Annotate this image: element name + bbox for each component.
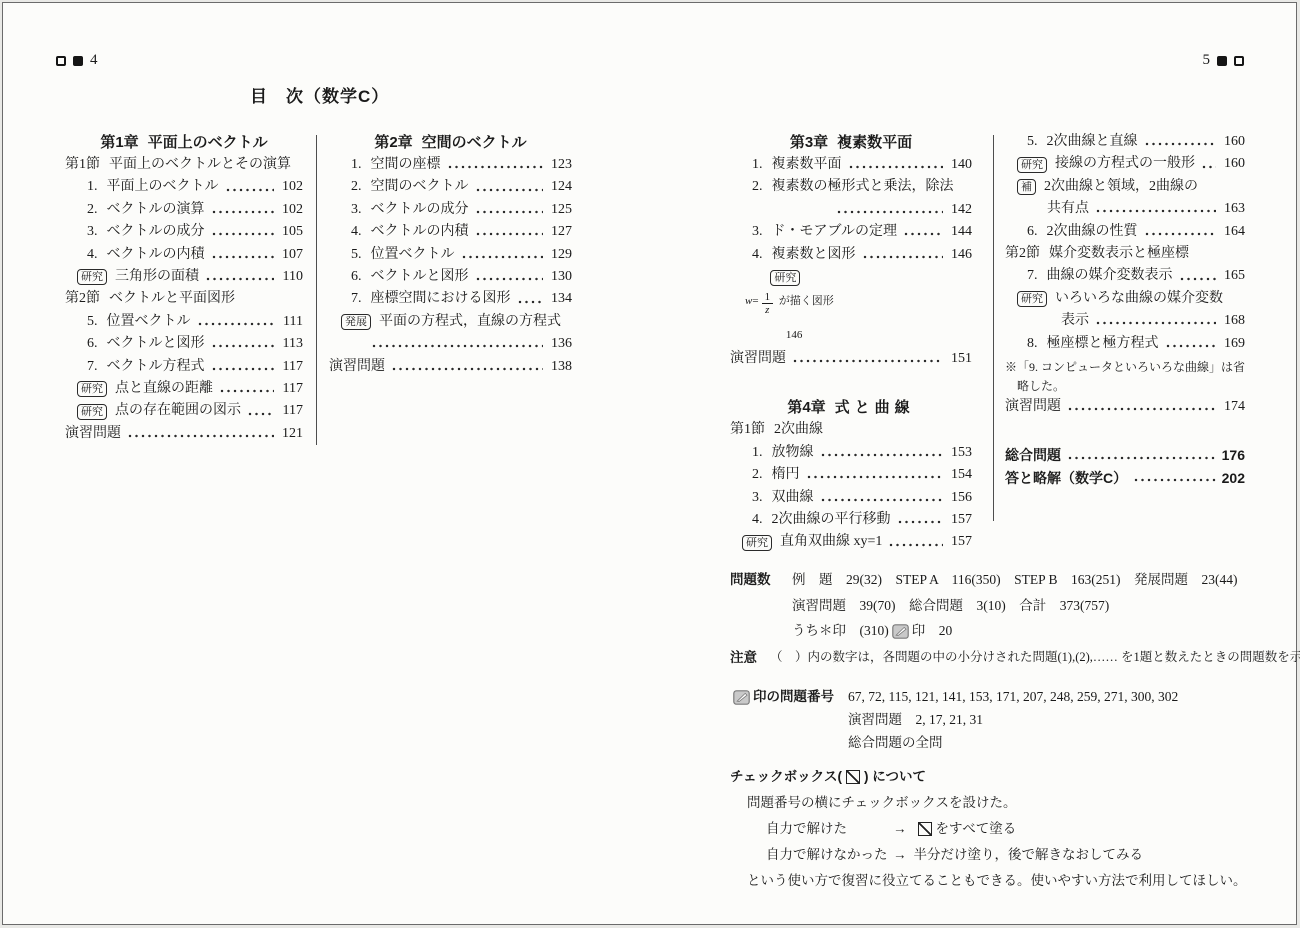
dot-leader bbox=[372, 343, 543, 349]
page-number: 154 bbox=[946, 464, 972, 486]
item-number: 7. bbox=[1027, 265, 1038, 287]
marked-label-text: 印の問題番号 bbox=[753, 685, 834, 708]
item-title: 空間の座標 bbox=[371, 154, 441, 176]
item-title: 点と直線の距離 bbox=[115, 378, 213, 400]
page-number: 129 bbox=[546, 244, 572, 266]
dot-leader bbox=[212, 343, 275, 349]
equals-sign: = bbox=[752, 295, 758, 307]
item-number: 7. bbox=[87, 356, 98, 378]
item-title: 三角形の面積 bbox=[115, 266, 199, 288]
chapter-number: 第1章 bbox=[100, 131, 138, 154]
toc-row: 表示168 bbox=[1005, 310, 1245, 332]
item-title: ベクトル方程式 bbox=[107, 356, 205, 378]
toc-row: 発展平面の方程式，直線の方程式 bbox=[329, 311, 572, 333]
page-number: 102 bbox=[277, 199, 303, 221]
footer-info: 問題数 例 題 29(32) STEP A 116(350) STEP B 16… bbox=[730, 567, 1273, 894]
page-number: 124 bbox=[546, 176, 572, 198]
page-number: 144 bbox=[946, 221, 972, 243]
toc-row: 3.双曲線156 bbox=[730, 487, 972, 509]
item-title: 双曲線 bbox=[772, 487, 814, 509]
tag-badge: 発展 bbox=[341, 314, 371, 330]
item-title: ド・モアブルの定理 bbox=[772, 221, 897, 243]
item-title: ベクトルの内積 bbox=[371, 221, 469, 243]
toc-row: 4.2次曲線の平行移動157 bbox=[730, 509, 972, 531]
dot-leader bbox=[1145, 141, 1217, 147]
page-number: 121 bbox=[277, 423, 303, 445]
item-title: 演習問題 bbox=[1005, 396, 1061, 418]
column-divider bbox=[316, 135, 317, 445]
toc-row: 136 bbox=[329, 333, 572, 355]
computer-icon bbox=[733, 690, 750, 705]
toc-row: 演習問題138 bbox=[329, 356, 572, 378]
stats-line: 演習問題 39(70) 総合問題 3(10) 合計 373(757) bbox=[792, 593, 1273, 619]
toc-row: 3.ベクトルの成分105 bbox=[65, 221, 303, 243]
tag-badge: 研究 bbox=[1017, 157, 1047, 173]
dot-leader bbox=[807, 474, 944, 480]
tag-badge: 研究 bbox=[77, 269, 107, 285]
page-number: 168 bbox=[1219, 310, 1245, 332]
spacer bbox=[730, 370, 972, 396]
item-title: 極座標と極方程式 bbox=[1047, 333, 1159, 355]
item-number: 4. bbox=[752, 509, 763, 531]
item-title: 接線の方程式の一般形 bbox=[1055, 153, 1195, 175]
item-number: 3. bbox=[87, 221, 98, 243]
right-page-marker: 5 bbox=[1203, 52, 1245, 69]
page-number: 107 bbox=[277, 244, 303, 266]
arrow-icon: → bbox=[893, 842, 907, 868]
tag-badge: 研究 bbox=[77, 381, 107, 397]
item-title: ベクトルの内積 bbox=[107, 244, 205, 266]
item-title-suffix: が描く図形 bbox=[776, 295, 834, 307]
item-number: 4. bbox=[752, 244, 763, 266]
item-number: 6. bbox=[351, 266, 362, 288]
item-title: ベクトルと図形 bbox=[107, 333, 205, 355]
dot-leader bbox=[898, 519, 944, 525]
toc-column-2: 第2章空間のベクトル1.空間の座標1232.空間のベクトル1243.ベクトルの成… bbox=[329, 131, 572, 378]
page-number: 102 bbox=[277, 176, 303, 198]
item-title: 2次曲線と領域，2曲線の bbox=[1044, 176, 1198, 198]
dot-leader bbox=[212, 209, 275, 215]
toc-column-1: 第1章平面上のベクトル第1節平面上のベクトルとその演算1.平面上のベクトル102… bbox=[65, 131, 303, 445]
book-spread: 4 5 目 次（数学C） 第1章平面上のベクトル第1節平面上のベクトルとその演算… bbox=[2, 2, 1297, 925]
item-number: 4. bbox=[351, 221, 362, 243]
page-number: 151 bbox=[946, 348, 972, 370]
item-title: 点の存在範囲の図示 bbox=[115, 400, 241, 422]
item-title: 演習問題 bbox=[65, 423, 121, 445]
page-number: 138 bbox=[546, 356, 572, 378]
item-number: 1. bbox=[752, 442, 763, 464]
section-title: 平面上のベクトルとその演算 bbox=[109, 154, 291, 176]
item-title: いろいろな曲線の媒介変数 bbox=[1055, 288, 1223, 310]
toc-row: 6.2次曲線の性質164 bbox=[1005, 221, 1245, 243]
chapter-number: 第3章 bbox=[790, 131, 828, 154]
item-title: 複素数の極形式と乗法，除法 bbox=[772, 176, 954, 198]
checkbox-icon bbox=[846, 770, 860, 784]
computer-icon bbox=[892, 624, 909, 639]
toc-row: 5.位置ベクトル111 bbox=[65, 311, 303, 333]
page-number: 165 bbox=[1219, 265, 1245, 287]
toc-row: 研究点の存在範囲の図示117 bbox=[65, 400, 303, 422]
toc-row: 2.楕円154 bbox=[730, 464, 972, 486]
omission-note: ※「9. コンピュータといろいろな曲線」は省略した。 bbox=[1005, 358, 1245, 396]
checkbox-title-pre: チェックボックス( bbox=[730, 764, 842, 790]
left-page-number: 4 bbox=[90, 52, 98, 69]
chapter-number: 第2章 bbox=[374, 131, 412, 154]
toc-row: 1.平面上のベクトル102 bbox=[65, 176, 303, 198]
item-title: 複素数と図形 bbox=[772, 244, 856, 266]
dot-leader bbox=[476, 231, 544, 237]
tag-badge: 研究 bbox=[742, 535, 772, 551]
dot-leader bbox=[476, 209, 544, 215]
page-number: 146 bbox=[776, 320, 802, 350]
toc-row: 142 bbox=[730, 199, 972, 221]
dot-leader bbox=[1202, 164, 1216, 170]
tag-badge: 研究 bbox=[1017, 291, 1047, 307]
toc-row: 研究いろいろな曲線の媒介変数 bbox=[1005, 288, 1245, 310]
page-number: 113 bbox=[277, 333, 303, 355]
section-title: ベクトルと平面図形 bbox=[109, 288, 235, 310]
toc-row: 7.座標空間における図形134 bbox=[329, 288, 572, 310]
checkbox-line: 自力で解けた → をすべて塗る bbox=[730, 816, 1273, 842]
toc-row: 1.空間の座標123 bbox=[329, 154, 572, 176]
marked-problems-block: 印の問題番号 67, 72, 115, 121, 141, 153, 171, … bbox=[730, 685, 1273, 754]
page-number: 157 bbox=[946, 531, 972, 553]
item-number: 4. bbox=[87, 244, 98, 266]
dot-leader bbox=[1134, 477, 1216, 483]
toc-row: 1.複素数平面140 bbox=[730, 154, 972, 176]
item-title: 2次曲線と直線 bbox=[1047, 131, 1138, 153]
toc-row: 4.ベクトルの内積107 bbox=[65, 244, 303, 266]
toc-row: 2.複素数の極形式と乗法，除法 bbox=[730, 176, 972, 198]
section-number: 第1節 bbox=[65, 154, 100, 176]
toc-row: 研究w=1z が描く図形146 bbox=[733, 270, 834, 350]
dot-leader bbox=[212, 366, 275, 372]
item-title: ベクトルと図形 bbox=[371, 266, 469, 288]
toc-column-3: 第3章複素数平面1.複素数平面1402.複素数の極形式と乗法，除法1423.ド・… bbox=[730, 131, 972, 554]
outline-square-icon bbox=[56, 56, 66, 66]
toc-row: 共有点163 bbox=[1005, 198, 1245, 220]
toc-row: 研究三角形の面積110 bbox=[65, 266, 303, 288]
checkbox-case: 自力で解けなかった bbox=[766, 842, 893, 868]
dot-leader bbox=[392, 366, 543, 372]
marked-line: 演習問題 2, 17, 21, 31 bbox=[848, 708, 1273, 731]
item-number: 3. bbox=[752, 221, 763, 243]
dot-leader bbox=[462, 254, 544, 260]
page-number: 142 bbox=[946, 199, 972, 221]
problem-count-lines: 例 題 29(32) STEP A 116(350) STEP B 163(25… bbox=[792, 567, 1273, 644]
checkbox-title-post: ) について bbox=[864, 764, 926, 790]
page-title: 目 次（数学C） bbox=[250, 82, 389, 107]
dot-leader bbox=[1180, 276, 1217, 282]
section-heading: 第2節ベクトルと平面図形 bbox=[65, 288, 303, 310]
tag-badge: 研究 bbox=[77, 404, 107, 420]
page-number: 110 bbox=[277, 266, 303, 288]
section-title: 2次曲線 bbox=[774, 419, 823, 441]
checkbox-result: 半分だけ塗り，後で解きなおしてみる bbox=[914, 842, 1144, 868]
item-number: 2. bbox=[351, 176, 362, 198]
page-number: 164 bbox=[1219, 221, 1245, 243]
item-title: 演習問題 bbox=[329, 356, 385, 378]
dot-leader bbox=[518, 299, 544, 305]
stats-text: うち＊印 (310) bbox=[792, 618, 889, 644]
page-number: 160 bbox=[1219, 131, 1245, 153]
toc-row: 4.ベクトルの内積127 bbox=[329, 221, 572, 243]
toc-row: 答と略解（数学C）202 bbox=[1005, 467, 1245, 489]
item-title: 答と略解（数学C） bbox=[1005, 467, 1127, 489]
caution-block: 注意 （ ）内の数字は，各問題の中の小分けされた問題(1),(2),…… を1題… bbox=[730, 645, 1273, 671]
dot-leader bbox=[1096, 208, 1216, 214]
item-title: 複素数平面 bbox=[772, 154, 842, 176]
chapter-title: 複素数平面 bbox=[837, 131, 912, 154]
filled-square-icon bbox=[73, 56, 83, 66]
item-title: 座標空間における図形 bbox=[371, 288, 511, 310]
chapter-number: 第4章 bbox=[787, 396, 825, 419]
fraction-denominator: z bbox=[762, 304, 772, 316]
section-number: 第2節 bbox=[65, 288, 100, 310]
page-number: 146 bbox=[946, 244, 972, 266]
right-page-number: 5 bbox=[1203, 52, 1211, 69]
chapter-heading: 第1章平面上のベクトル bbox=[65, 131, 303, 154]
toc-row: 6.ベクトルと図形130 bbox=[329, 266, 572, 288]
page-number: 176 bbox=[1219, 444, 1245, 466]
dot-leader bbox=[1145, 231, 1217, 237]
item-title: 2次曲線の性質 bbox=[1047, 221, 1138, 243]
column-divider bbox=[993, 135, 994, 521]
dot-leader bbox=[198, 321, 275, 327]
toc-row: 研究点と直線の距離117 bbox=[65, 378, 303, 400]
section-heading: 第1節2次曲線 bbox=[730, 419, 972, 441]
item-number: 2. bbox=[752, 176, 763, 198]
toc-row: 総合問題176 bbox=[1005, 444, 1245, 466]
toc-row: 7.曲線の媒介変数表示165 bbox=[1005, 265, 1245, 287]
toc-column-4: 5.2次曲線と直線160研究接線の方程式の一般形160補2次曲線と領域，2曲線の… bbox=[1005, 131, 1245, 489]
page-number: 111 bbox=[277, 311, 303, 333]
left-page-marker: 4 bbox=[56, 52, 98, 69]
stats-text: 印 20 bbox=[912, 618, 953, 644]
dot-leader bbox=[448, 164, 544, 170]
tag-badge: 補 bbox=[1017, 179, 1036, 195]
dot-leader bbox=[889, 542, 943, 548]
dot-leader bbox=[1166, 343, 1217, 349]
page-number: 202 bbox=[1219, 467, 1245, 489]
checkbox-icon bbox=[918, 822, 932, 836]
page-number: 157 bbox=[946, 509, 972, 531]
toc-row: 8.極座標と極方程式169 bbox=[1005, 333, 1245, 355]
checkbox-result: をすべて塗る bbox=[936, 816, 1017, 842]
checkbox-line: という使い方で復習に役立てることもできる。使いやすい方法で利用してほしい。 bbox=[730, 868, 1273, 894]
toc-row: 演習問題151 bbox=[730, 348, 972, 370]
tag-badge: 研究 bbox=[770, 270, 800, 286]
item-number: 1. bbox=[752, 154, 763, 176]
toc-row: 研究接線の方程式の一般形160 bbox=[1005, 153, 1245, 175]
checkbox-line: 自力で解けなかった → 半分だけ塗り，後で解きなおしてみる bbox=[730, 842, 1273, 868]
toc-row: 3.ド・モアブルの定理144 bbox=[730, 221, 972, 243]
toc-row: 7.ベクトル方程式117 bbox=[65, 356, 303, 378]
item-number: 5. bbox=[1027, 131, 1038, 153]
section-number: 第1節 bbox=[730, 419, 765, 441]
marked-line: 67, 72, 115, 121, 141, 153, 171, 207, 24… bbox=[848, 685, 1273, 708]
checkbox-title: チェックボックス( ) について bbox=[730, 764, 926, 790]
dot-leader bbox=[849, 164, 944, 170]
page-number: 125 bbox=[546, 199, 572, 221]
section-title: 媒介変数表示と極座標 bbox=[1049, 243, 1189, 265]
toc-row: 5.2次曲線と直線160 bbox=[1005, 131, 1245, 153]
item-title: w=1z が描く図形 bbox=[745, 286, 834, 316]
outline-square-icon bbox=[1234, 56, 1244, 66]
item-title: 平面の方程式，直線の方程式 bbox=[379, 311, 561, 333]
chapter-title: 平面上のベクトル bbox=[148, 131, 268, 154]
dot-leader bbox=[220, 388, 274, 394]
section-heading: 第1節平面上のベクトルとその演算 bbox=[65, 154, 303, 176]
problem-count-label: 問題数 bbox=[730, 567, 792, 593]
page-number: 163 bbox=[1219, 198, 1245, 220]
dot-leader bbox=[1096, 320, 1216, 326]
dot-leader bbox=[821, 497, 944, 503]
checkbox-case: 自力で解けた bbox=[766, 816, 893, 842]
chapter-heading: 第3章複素数平面 bbox=[730, 131, 972, 154]
item-number: 8. bbox=[1027, 333, 1038, 355]
page-number: 117 bbox=[277, 400, 303, 422]
dot-leader bbox=[226, 187, 275, 193]
toc-row: 5.位置ベクトル129 bbox=[329, 244, 572, 266]
page-number: 174 bbox=[1219, 396, 1245, 418]
page-number: 136 bbox=[546, 333, 572, 355]
item-number: 1. bbox=[351, 154, 362, 176]
page-number: 117 bbox=[277, 356, 303, 378]
item-number: 7. bbox=[351, 288, 362, 310]
toc-row: 2.ベクトルの演算102 bbox=[65, 199, 303, 221]
page-number: 160 bbox=[1219, 153, 1245, 175]
item-number: 5. bbox=[351, 244, 362, 266]
arrow-icon: → bbox=[893, 816, 907, 842]
item-title: 位置ベクトル bbox=[107, 311, 191, 333]
item-number: 6. bbox=[1027, 221, 1038, 243]
item-title: 総合問題 bbox=[1005, 444, 1061, 466]
item-number: 1. bbox=[87, 176, 98, 198]
page-number: 123 bbox=[546, 154, 572, 176]
page-number: 130 bbox=[546, 266, 572, 288]
spacer bbox=[1005, 418, 1245, 444]
toc-row: 6.ベクトルと図形113 bbox=[65, 333, 303, 355]
marked-line: 総合問題の全問 bbox=[848, 731, 1273, 754]
dot-leader bbox=[1068, 406, 1216, 412]
marked-problem-numbers: 67, 72, 115, 121, 141, 153, 171, 207, 24… bbox=[848, 685, 1273, 754]
page-number: 156 bbox=[946, 487, 972, 509]
checkbox-line: 問題番号の横にチェックボックスを設けた。 bbox=[730, 790, 1273, 816]
fraction: 1z bbox=[762, 291, 774, 316]
page-number: 117 bbox=[277, 378, 303, 400]
toc-row: 4.複素数と図形146 bbox=[730, 244, 972, 266]
item-number: 6. bbox=[87, 333, 98, 355]
item-title: 平面上のベクトル bbox=[107, 176, 219, 198]
item-title: ベクトルの成分 bbox=[107, 221, 205, 243]
checkbox-explainer: チェックボックス( ) について 問題番号の横にチェックボックスを設けた。 自力… bbox=[730, 764, 1273, 894]
page-number: 105 bbox=[277, 221, 303, 243]
toc-row: 補2次曲線と領域，2曲線の bbox=[1005, 176, 1245, 198]
fraction-numerator: 1 bbox=[762, 291, 774, 304]
item-title: 演習問題 bbox=[730, 348, 786, 370]
dot-leader bbox=[248, 411, 274, 417]
item-title: 放物線 bbox=[772, 442, 814, 464]
page-number: 169 bbox=[1219, 333, 1245, 355]
chapter-heading: 第4章式と曲線 bbox=[730, 396, 972, 419]
page-number: 127 bbox=[546, 221, 572, 243]
item-title: ベクトルの成分 bbox=[371, 199, 469, 221]
caution-text: （ ）内の数字は，各問題の中の小分けされた問題(1),(2),…… を1題と数え… bbox=[770, 645, 1300, 671]
section-number: 第2節 bbox=[1005, 243, 1040, 265]
dot-leader bbox=[128, 433, 274, 439]
toc-row: 演習問題174 bbox=[1005, 396, 1245, 418]
chapter-heading: 第2章空間のベクトル bbox=[329, 131, 572, 154]
item-number: 5. bbox=[87, 311, 98, 333]
dot-leader bbox=[206, 276, 274, 282]
marked-problems-label: 印の問題番号 bbox=[730, 685, 848, 708]
chapter-title: 空間のベクトル bbox=[422, 131, 527, 154]
dot-leader bbox=[212, 254, 275, 260]
dot-leader bbox=[1068, 455, 1216, 461]
section-heading: 第2節媒介変数表示と極座標 bbox=[1005, 243, 1245, 265]
item-title: 楕円 bbox=[772, 464, 800, 486]
dot-leader bbox=[863, 254, 944, 260]
item-title: 共有点 bbox=[1047, 198, 1089, 220]
page-number: 140 bbox=[946, 154, 972, 176]
problem-count-block: 問題数 例 題 29(32) STEP A 116(350) STEP B 16… bbox=[730, 567, 1273, 644]
item-title: 2次曲線の平行移動 bbox=[772, 509, 891, 531]
toc-row: 2.空間のベクトル124 bbox=[329, 176, 572, 198]
toc-row: 演習問題121 bbox=[65, 423, 303, 445]
dot-leader bbox=[793, 358, 943, 364]
item-number: 3. bbox=[351, 199, 362, 221]
toc-row: 1.放物線153 bbox=[730, 442, 972, 464]
dot-leader bbox=[821, 452, 944, 458]
item-number: 2. bbox=[87, 199, 98, 221]
dot-leader bbox=[904, 231, 943, 237]
stats-line: 例 題 29(32) STEP A 116(350) STEP B 163(25… bbox=[792, 567, 1273, 593]
dot-leader bbox=[476, 276, 544, 282]
item-title: 表示 bbox=[1061, 310, 1089, 332]
item-title: 空間のベクトル bbox=[371, 176, 469, 198]
toc-row: 研究直角双曲線 xy=1157 bbox=[730, 531, 972, 553]
page-number: 153 bbox=[946, 442, 972, 464]
dot-leader bbox=[837, 209, 943, 215]
item-title: 直角双曲線 xy=1 bbox=[780, 531, 882, 553]
toc-row: 3.ベクトルの成分125 bbox=[329, 199, 572, 221]
item-title: ベクトルの演算 bbox=[107, 199, 205, 221]
item-title: 位置ベクトル bbox=[371, 244, 455, 266]
item-title: 曲線の媒介変数表示 bbox=[1047, 265, 1173, 287]
dot-leader bbox=[476, 187, 544, 193]
chapter-title: 式と曲線 bbox=[835, 396, 915, 419]
item-number: 2. bbox=[752, 464, 763, 486]
item-number: 3. bbox=[752, 487, 763, 509]
caution-label: 注意 bbox=[730, 645, 770, 671]
page-number: 134 bbox=[546, 288, 572, 310]
filled-square-icon bbox=[1217, 56, 1227, 66]
dot-leader bbox=[212, 231, 275, 237]
stats-line: うち＊印 (310) 印 20 bbox=[792, 618, 952, 644]
